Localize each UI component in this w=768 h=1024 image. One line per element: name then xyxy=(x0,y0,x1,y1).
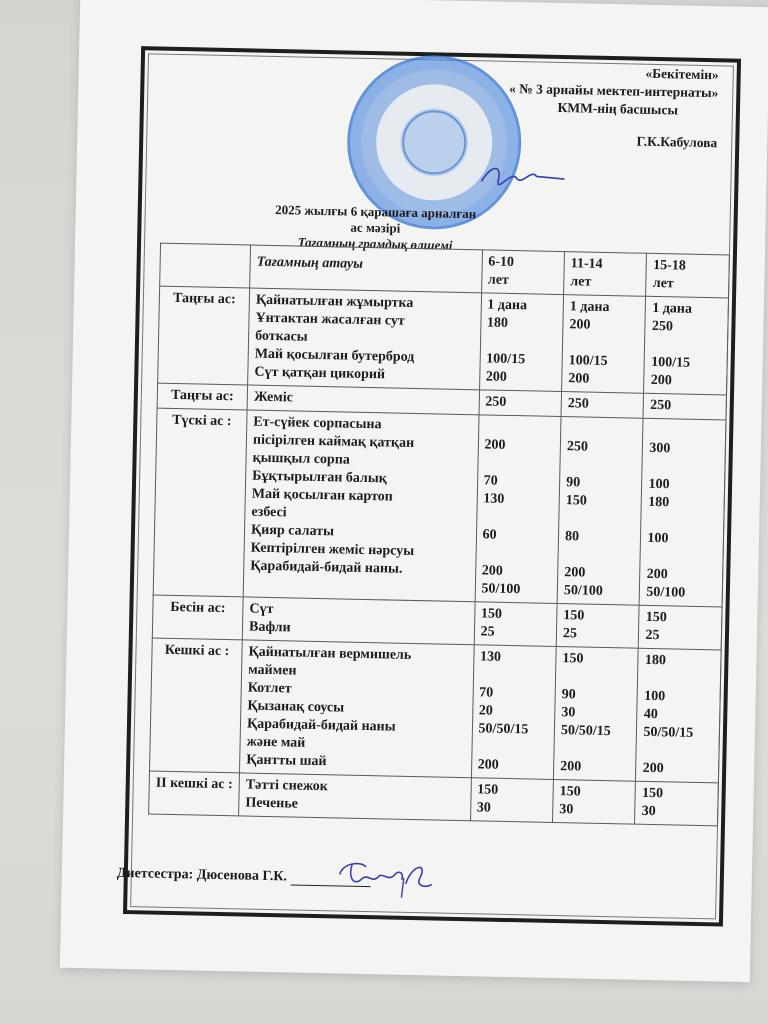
quantity-value: 1 дана xyxy=(652,300,722,319)
quantity-value xyxy=(566,456,636,475)
quantity-value: 150 xyxy=(481,605,551,624)
dietitian-signature-icon xyxy=(331,856,442,898)
quantity-value: 200 xyxy=(569,316,639,335)
quantity-value: 150 xyxy=(562,650,632,669)
director-signature-icon xyxy=(476,159,567,191)
quantity-cell-qty-15-18: 1801004050/50/15200 xyxy=(636,648,721,783)
quantity-value: 200 xyxy=(486,368,556,387)
quantity-value: 50/50/15 xyxy=(643,724,713,743)
quantity-cell-qty-11-14: 150903050/50/15200 xyxy=(553,646,638,781)
quantity-value: 100 xyxy=(647,530,717,549)
table-row: Түскі ас :Ет-сүйек сорпасынапісірілген к… xyxy=(153,408,726,607)
quantity-value: 30 xyxy=(642,803,712,822)
table-row: Таңғы ас:Қайнатылған жұмырткаҰнтактан жа… xyxy=(158,286,729,395)
quantity-value xyxy=(478,738,548,757)
quantity-value xyxy=(483,508,553,527)
quantity-value: 50/50/15 xyxy=(478,720,548,739)
quantity-value: 60 xyxy=(482,526,552,545)
quantity-value: 1 дана xyxy=(570,298,640,317)
quantity-value: 180 xyxy=(645,652,715,671)
header-dish-name: Тағамның атауы xyxy=(250,245,482,293)
menu-table-body: Таңғы ас:Қайнатылған жұмырткаҰнтактан жа… xyxy=(149,286,729,826)
quantity-value xyxy=(650,422,720,441)
quantity-value: 100/15 xyxy=(569,352,639,371)
quantity-value: 200 xyxy=(651,372,721,391)
quantity-value: 150 xyxy=(646,609,716,628)
quantity-value: 90 xyxy=(562,686,632,705)
quantity-value: 20 xyxy=(479,702,549,721)
quantity-value: 100 xyxy=(648,476,718,495)
quantity-value xyxy=(649,458,719,477)
quantity-value xyxy=(562,668,632,687)
quantity-value: 130 xyxy=(483,490,553,509)
quantity-cell-qty-6-10: 200701306020050/100 xyxy=(475,415,561,604)
quantity-value: 50/100 xyxy=(481,580,551,599)
quantity-value: 180 xyxy=(487,314,557,333)
dish-item: Сүт қатқан цикорий xyxy=(254,364,473,387)
quantity-value: 30 xyxy=(561,704,631,723)
quantity-value xyxy=(648,512,718,531)
quantity-value xyxy=(565,510,635,529)
quantity-cell-qty-6-10: 15025 xyxy=(474,602,557,647)
quantity-value: 1 дана xyxy=(487,296,557,315)
quantity-value: 25 xyxy=(480,623,550,642)
quantity-value: 30 xyxy=(559,801,629,820)
quantity-cell-qty-15-18: 1 дана250100/15200 xyxy=(644,296,729,395)
approval-block: «Бекітемін» « № 3 арнайы мектеп-интернат… xyxy=(437,60,719,152)
quantity-value xyxy=(569,334,639,353)
meal-cell: Таңғы ас: xyxy=(157,383,248,410)
meal-cell: Кешкі ас : xyxy=(150,638,243,773)
quantity-value: 70 xyxy=(479,684,549,703)
quantity-cell-qty-15-18: 15025 xyxy=(639,605,722,650)
dishes-cell: Тәтті снежокПеченье xyxy=(239,773,471,821)
quantity-value: 150 xyxy=(642,785,712,804)
quantity-value: 150 xyxy=(566,492,636,511)
meal-cell: Таңғы ас: xyxy=(158,286,250,385)
quantity-value xyxy=(643,742,713,761)
quantity-value: 300 xyxy=(649,440,719,459)
quantity-value: 250 xyxy=(652,318,722,337)
quantity-value: 80 xyxy=(565,528,635,547)
quantity-value: 25 xyxy=(563,625,633,644)
dish-item: Печенье xyxy=(245,795,464,818)
meal-cell: II кешкі ас : xyxy=(149,771,240,816)
quantity-value: 50/50/15 xyxy=(561,722,631,741)
quantity-value: 50/100 xyxy=(564,582,634,601)
quantity-value: 90 xyxy=(566,474,636,493)
quantity-cell-qty-15-18: 30010018010020050/100 xyxy=(640,418,726,607)
quantity-value: 180 xyxy=(648,494,718,513)
quantity-value xyxy=(647,548,717,567)
quantity-value: 200 xyxy=(484,436,554,455)
quantity-value: 250 xyxy=(485,393,555,412)
quantity-value: 200 xyxy=(568,370,638,389)
quantity-cell-qty-11-14: 15030 xyxy=(553,779,636,824)
quantity-value: 130 xyxy=(480,648,550,667)
quantity-value xyxy=(479,666,549,685)
quantity-value xyxy=(482,544,552,563)
meal-cell: Түскі ас : xyxy=(153,408,247,597)
header-age-15-18: 15-18 лет xyxy=(646,253,729,298)
quantity-value: 250 xyxy=(650,397,720,416)
dishes-cell: Қайнатылған вермишельмайменКотлетҚызанақ… xyxy=(240,640,474,778)
quantity-value xyxy=(567,420,637,439)
quantity-value: 40 xyxy=(644,706,714,725)
quantity-value: 25 xyxy=(645,627,715,646)
quantity-value: 200 xyxy=(564,564,634,583)
quantity-value: 150 xyxy=(563,607,633,626)
quantity-value xyxy=(560,740,630,759)
quantity-value xyxy=(651,336,721,355)
quantity-cell-qty-15-18: 250 xyxy=(643,393,726,420)
header-age-11-14: 11-14 лет xyxy=(564,252,647,297)
quantity-value: 200 xyxy=(482,562,552,581)
quantity-value xyxy=(484,454,554,473)
quantity-value: 30 xyxy=(477,799,547,818)
quantity-value: 50/100 xyxy=(646,584,716,603)
quantity-value: 250 xyxy=(567,438,637,457)
quantity-cell-qty-11-14: 15025 xyxy=(556,604,639,649)
quantity-value: 100/15 xyxy=(486,350,556,369)
quantity-value xyxy=(485,418,555,437)
dish-item: Жеміс xyxy=(254,389,473,412)
quantity-value xyxy=(644,670,714,689)
quantity-cell-qty-6-10: 130702050/50/15200 xyxy=(471,645,556,780)
quantity-value: 70 xyxy=(484,472,554,491)
quantity-value: 100/15 xyxy=(651,354,721,373)
quantity-value: 200 xyxy=(560,758,630,777)
quantity-value xyxy=(564,546,634,565)
quantity-value: 100 xyxy=(644,688,714,707)
quantity-cell-qty-11-14: 250 xyxy=(561,392,644,419)
dish-item: Вафли xyxy=(249,619,468,642)
dish-item: Қарабидай-бидай наны. xyxy=(250,558,469,581)
quantity-value: 250 xyxy=(568,395,638,414)
dishes-cell: Қайнатылған жұмырткаҰнтактан жасалған су… xyxy=(248,288,481,390)
header-age-6-10: 6-10 лет xyxy=(481,250,564,295)
quantity-cell-qty-15-18: 15030 xyxy=(635,781,718,826)
quantity-cell-qty-6-10: 1 дана180100/15200 xyxy=(479,293,563,392)
dish-item: Қантты шай xyxy=(246,752,465,775)
quantity-value: 200 xyxy=(647,566,717,585)
quantity-value: 200 xyxy=(642,760,712,779)
quantity-value: 200 xyxy=(478,756,548,775)
menu-sheet: «Бекітемін» « № 3 арнайы мектеп-интернат… xyxy=(60,0,768,982)
quantity-cell-qty-6-10: 15030 xyxy=(470,778,553,823)
dishes-cell: СүтВафли xyxy=(242,597,474,645)
header-meal-cell xyxy=(160,243,251,288)
quantity-value xyxy=(486,332,556,351)
quantity-cell-qty-11-14: 1 дана200100/15200 xyxy=(562,295,646,394)
menu-table: Тағамның атауы 6-10 лет 11-14 лет 15-18 … xyxy=(148,243,730,827)
quantity-cell-qty-11-14: 250901508020050/100 xyxy=(557,417,643,606)
meal-cell: Бесін ас: xyxy=(152,595,243,640)
quantity-value: 150 xyxy=(559,783,629,802)
table-row: Кешкі ас :Қайнатылған вермишельмайменКот… xyxy=(150,638,722,783)
quantity-value: 150 xyxy=(477,781,547,800)
quantity-cell-qty-6-10: 250 xyxy=(479,390,562,417)
dietitian-name: Диетсестра: Дюсенова Г.К. xyxy=(117,866,287,885)
dishes-cell: Ет-сүйек сорпасынапісірілген каймақ қатқ… xyxy=(243,410,478,602)
